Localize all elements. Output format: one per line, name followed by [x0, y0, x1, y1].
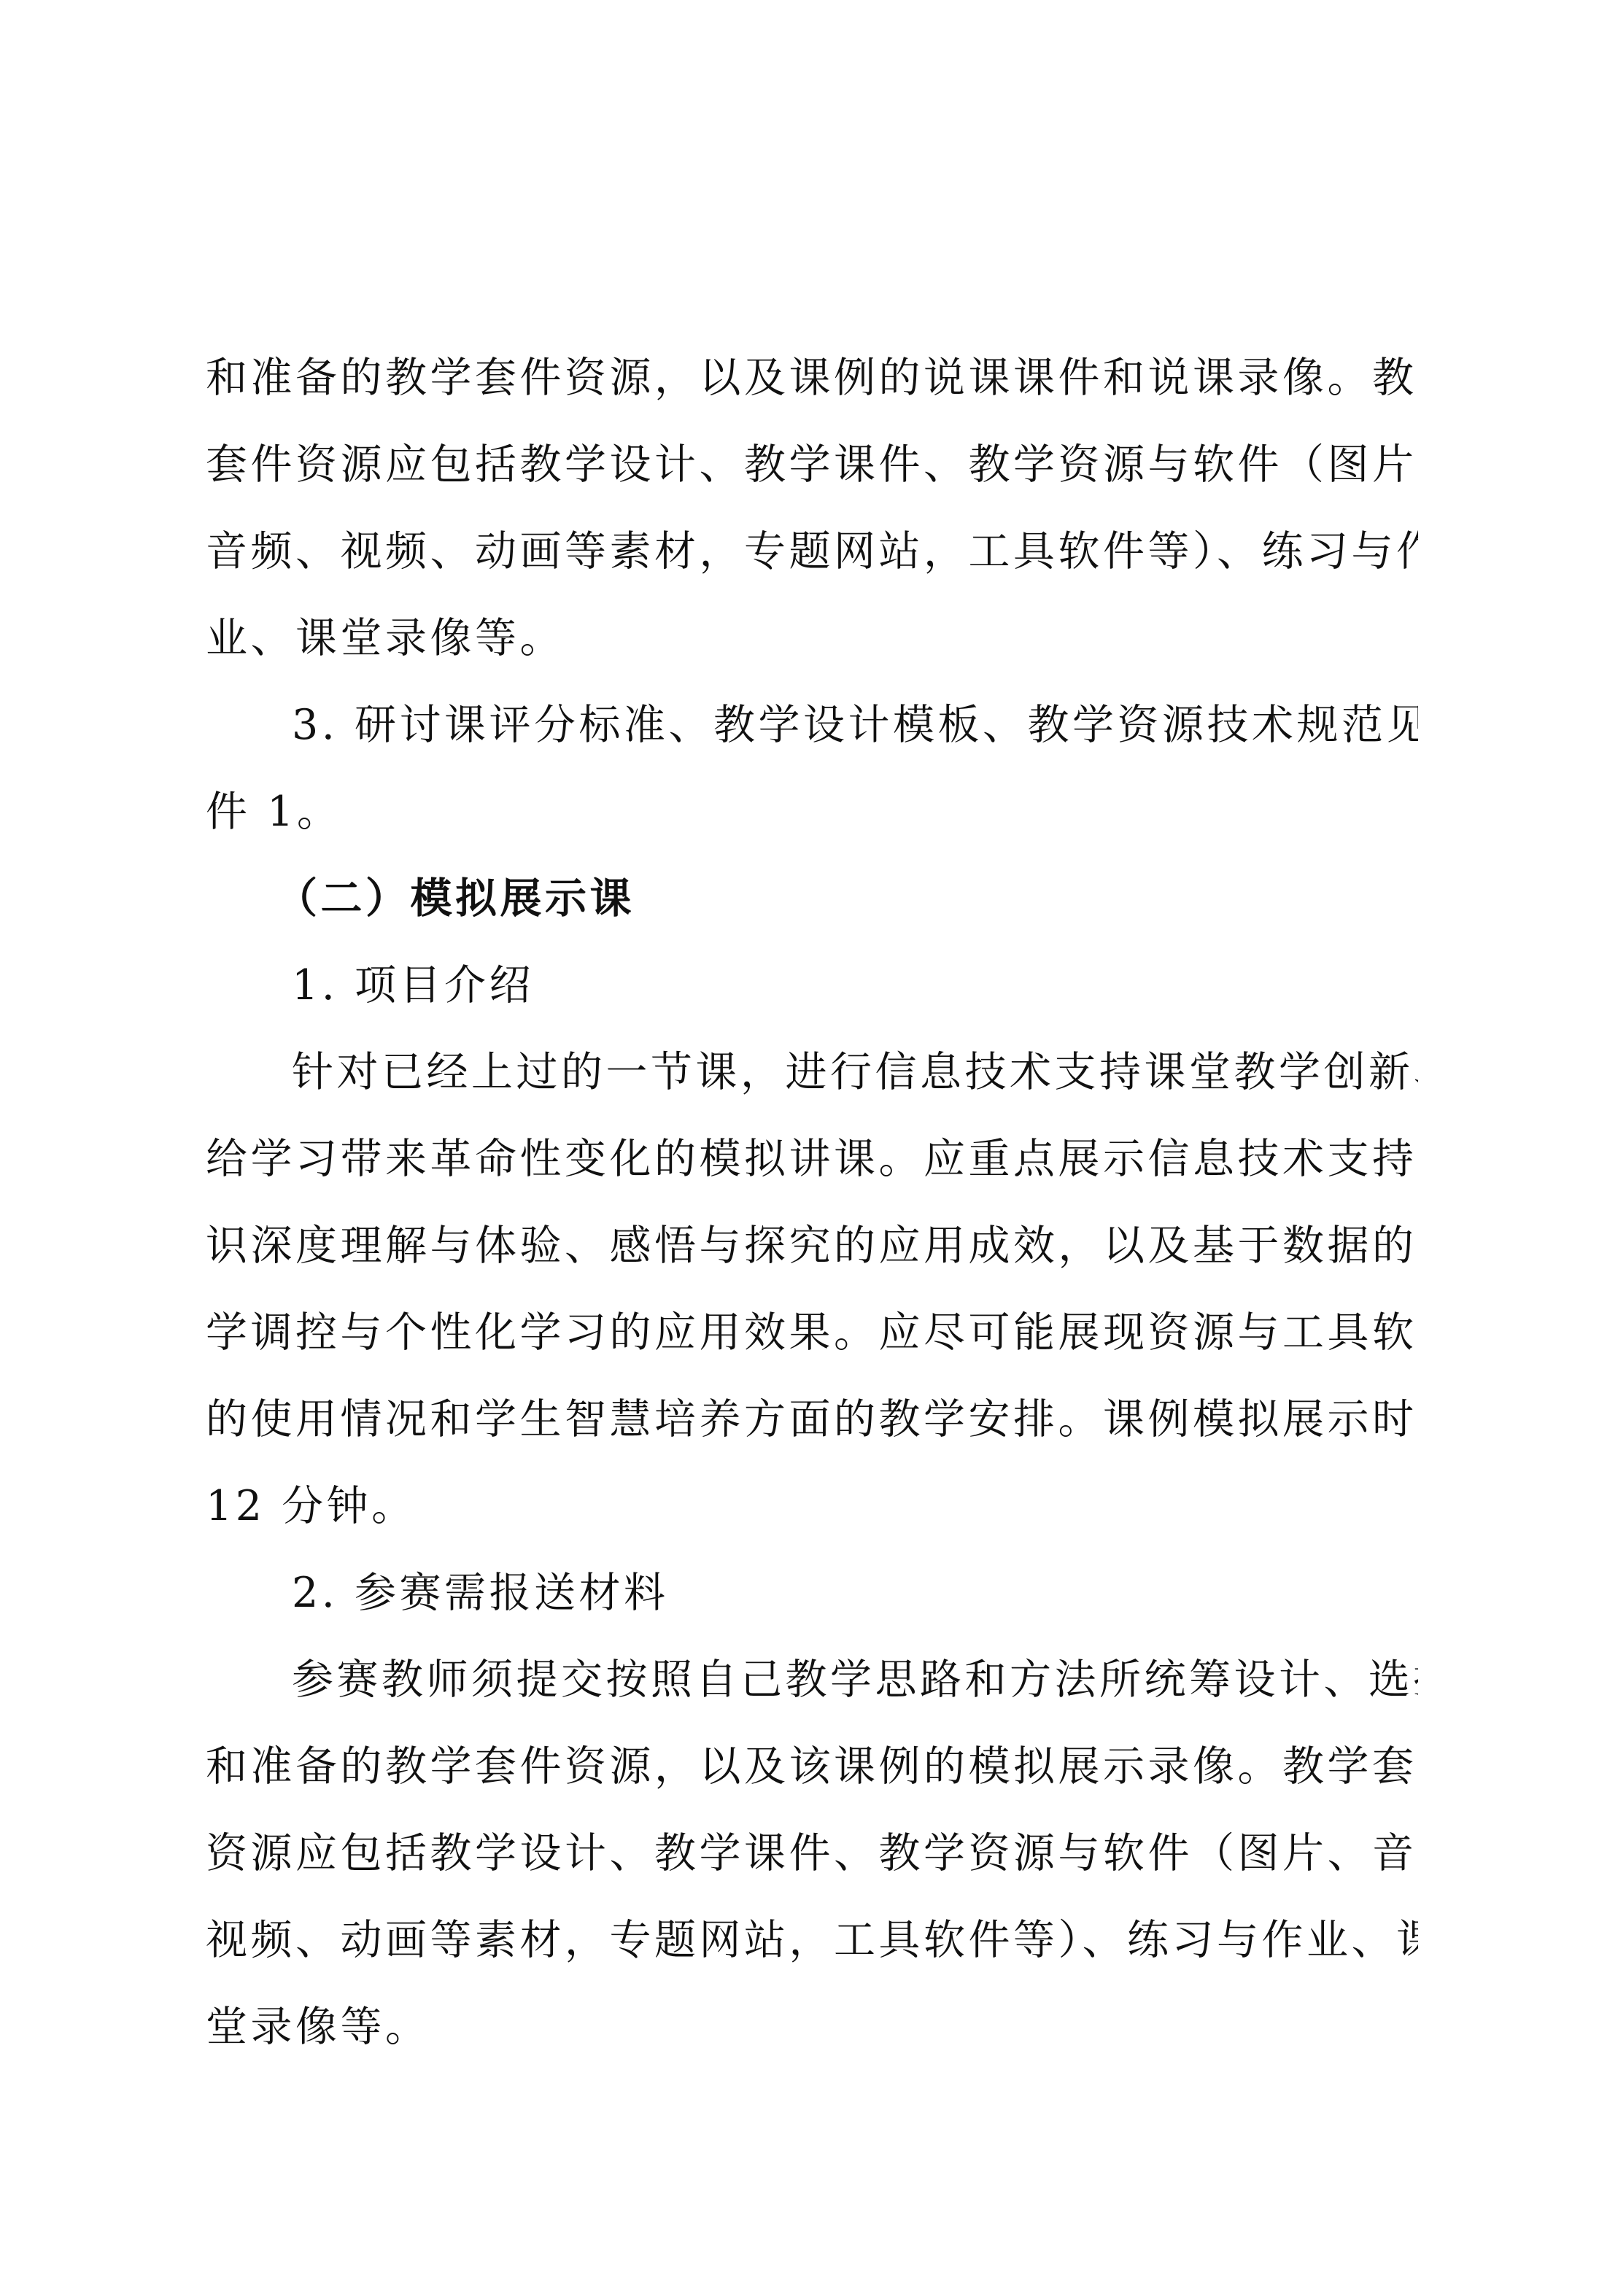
- paragraph-line: 参赛教师须提交按照自己教学思路和方法所统筹设计、选择: [206, 1651, 1418, 1737]
- paragraph-line: 识深度理解与体验、感悟与探究的应用成效，以及基于数据的教: [206, 1217, 1418, 1303]
- paragraph-line: 给学习带来革命性变化的模拟讲课。应重点展示信息技术支持知: [206, 1130, 1418, 1217]
- paragraph-line: 针对已经上过的一节课，进行信息技术支持课堂教学创新、: [206, 1043, 1418, 1130]
- section-heading: （二）模拟展示课: [206, 869, 1418, 956]
- paragraph-line: 学调控与个性化学习的应用效果。应尽可能展现资源与工具软件: [206, 1303, 1418, 1390]
- document-page: 和准备的教学套件资源，以及课例的说课课件和说课录像。教学 套件资源应包括教学设计…: [0, 0, 1599, 2296]
- paragraph-line: 12 分钟。: [206, 1477, 1418, 1564]
- paragraph-line: 堂录像等。: [206, 1998, 1418, 2084]
- paragraph-line: 业、课堂录像等。: [206, 609, 1418, 696]
- document-body: 和准备的教学套件资源，以及课例的说课课件和说课录像。教学 套件资源应包括教学设计…: [206, 349, 1418, 2084]
- list-item-3-line: 3. 研讨课评分标准、教学设计模板、教学资源技术规范见附: [206, 696, 1418, 783]
- paragraph-line: 套件资源应包括教学设计、教学课件、教学资源与软件（图片、: [206, 435, 1418, 522]
- paragraph-line: 的使用情况和学生智慧培养方面的教学安排。课例模拟展示时间: [206, 1390, 1418, 1477]
- subsection-title: 1. 项目介绍: [206, 956, 1418, 1043]
- paragraph-line: 视频、动画等素材，专题网站，工具软件等）、练习与作业、课: [206, 1911, 1418, 1998]
- subsection-title: 2. 参赛需报送材料: [206, 1564, 1418, 1651]
- paragraph-line: 音频、视频、动画等素材，专题网站，工具软件等）、练习与作: [206, 522, 1418, 609]
- paragraph-line: 和准备的教学套件资源，以及该课例的模拟展示录像。教学套件: [206, 1737, 1418, 1824]
- paragraph-line: 资源应包括教学设计、教学课件、教学资源与软件（图片、音频、: [206, 1824, 1418, 1911]
- list-item-3-line: 件 1。: [206, 783, 1418, 869]
- paragraph-line: 和准备的教学套件资源，以及课例的说课课件和说课录像。教学: [206, 349, 1418, 435]
